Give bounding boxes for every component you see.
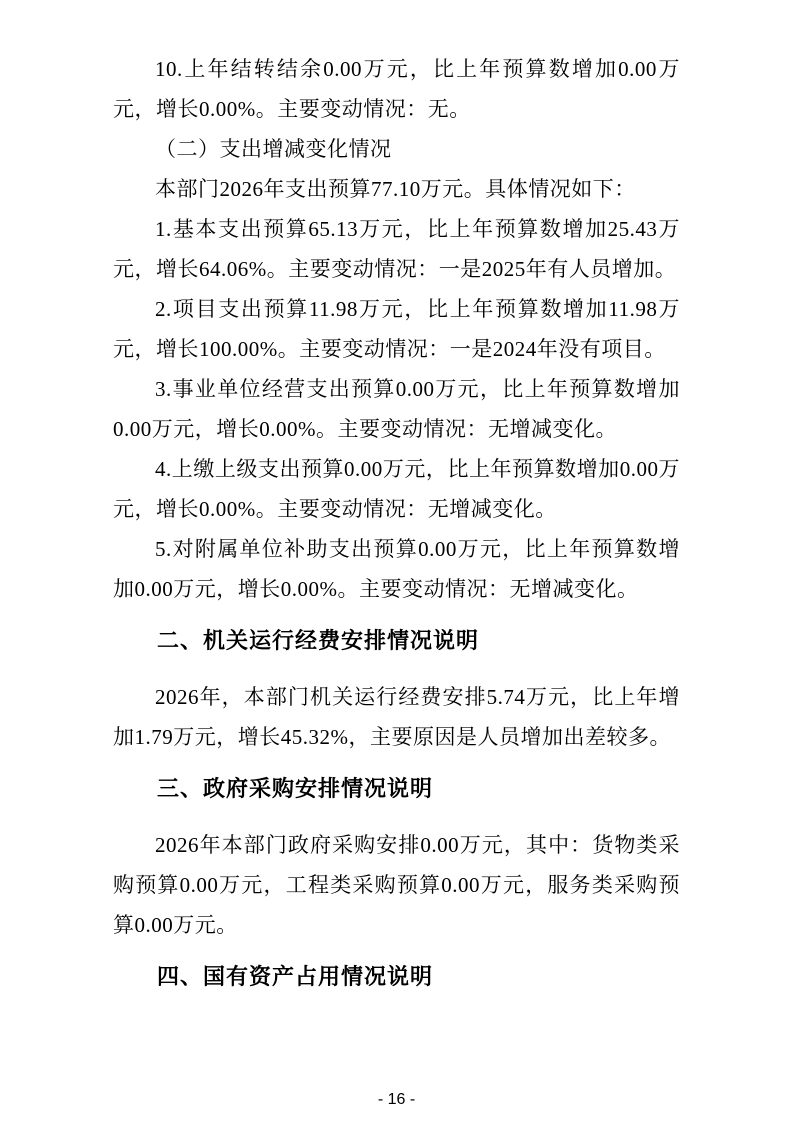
page-number: - 16 - <box>0 1092 793 1108</box>
paragraph-expenditure-total: 本部门2026年支出预算77.10万元。具体情况如下： <box>113 169 680 209</box>
paragraph-subsidy-to-affiliates: 5.对附属单位补助支出预算0.00万元，比上年预算数增加0.00万元，增长0.0… <box>113 529 680 609</box>
paragraph-upward-remittance-expenditure: 4.上缴上级支出预算0.00万元，比上年预算数增加0.00万元，增长0.00%。… <box>113 449 680 529</box>
paragraph-basic-expenditure: 1.基本支出预算65.13万元，比上年预算数增加25.43万元，增长64.06%… <box>113 209 680 289</box>
paragraph-business-operation-expenditure: 3.事业单位经营支出预算0.00万元，比上年预算数增加0.00万元，增长0.00… <box>113 369 680 449</box>
paragraph-project-expenditure: 2.项目支出预算11.98万元，比上年预算数增加11.98万元，增长100.00… <box>113 289 680 369</box>
paragraph-agency-operating-funds: 2026年，本部门机关运行经费安排5.74万元，比上年增加1.79万元，增长45… <box>113 677 680 757</box>
paragraph-government-procurement: 2026年本部门政府采购安排0.00万元，其中：货物类采购预算0.00万元，工程… <box>113 825 680 945</box>
heading-government-procurement: 三、政府采购安排情况说明 <box>113 769 680 809</box>
subheading-expenditure-changes: （二）支出增减变化情况 <box>113 129 680 169</box>
heading-agency-operating-funds: 二、机关运行经费安排情况说明 <box>113 621 680 661</box>
document-body: 10.上年结转结余0.00万元，比上年预算数增加0.00万元，增长0.00%。主… <box>113 49 680 1013</box>
paragraph-carryover-item-10: 10.上年结转结余0.00万元，比上年预算数增加0.00万元，增长0.00%。主… <box>113 49 680 129</box>
heading-state-owned-assets: 四、国有资产占用情况说明 <box>113 957 680 997</box>
document-page: 10.上年结转结余0.00万元，比上年预算数增加0.00万元，增长0.00%。主… <box>0 0 793 1122</box>
